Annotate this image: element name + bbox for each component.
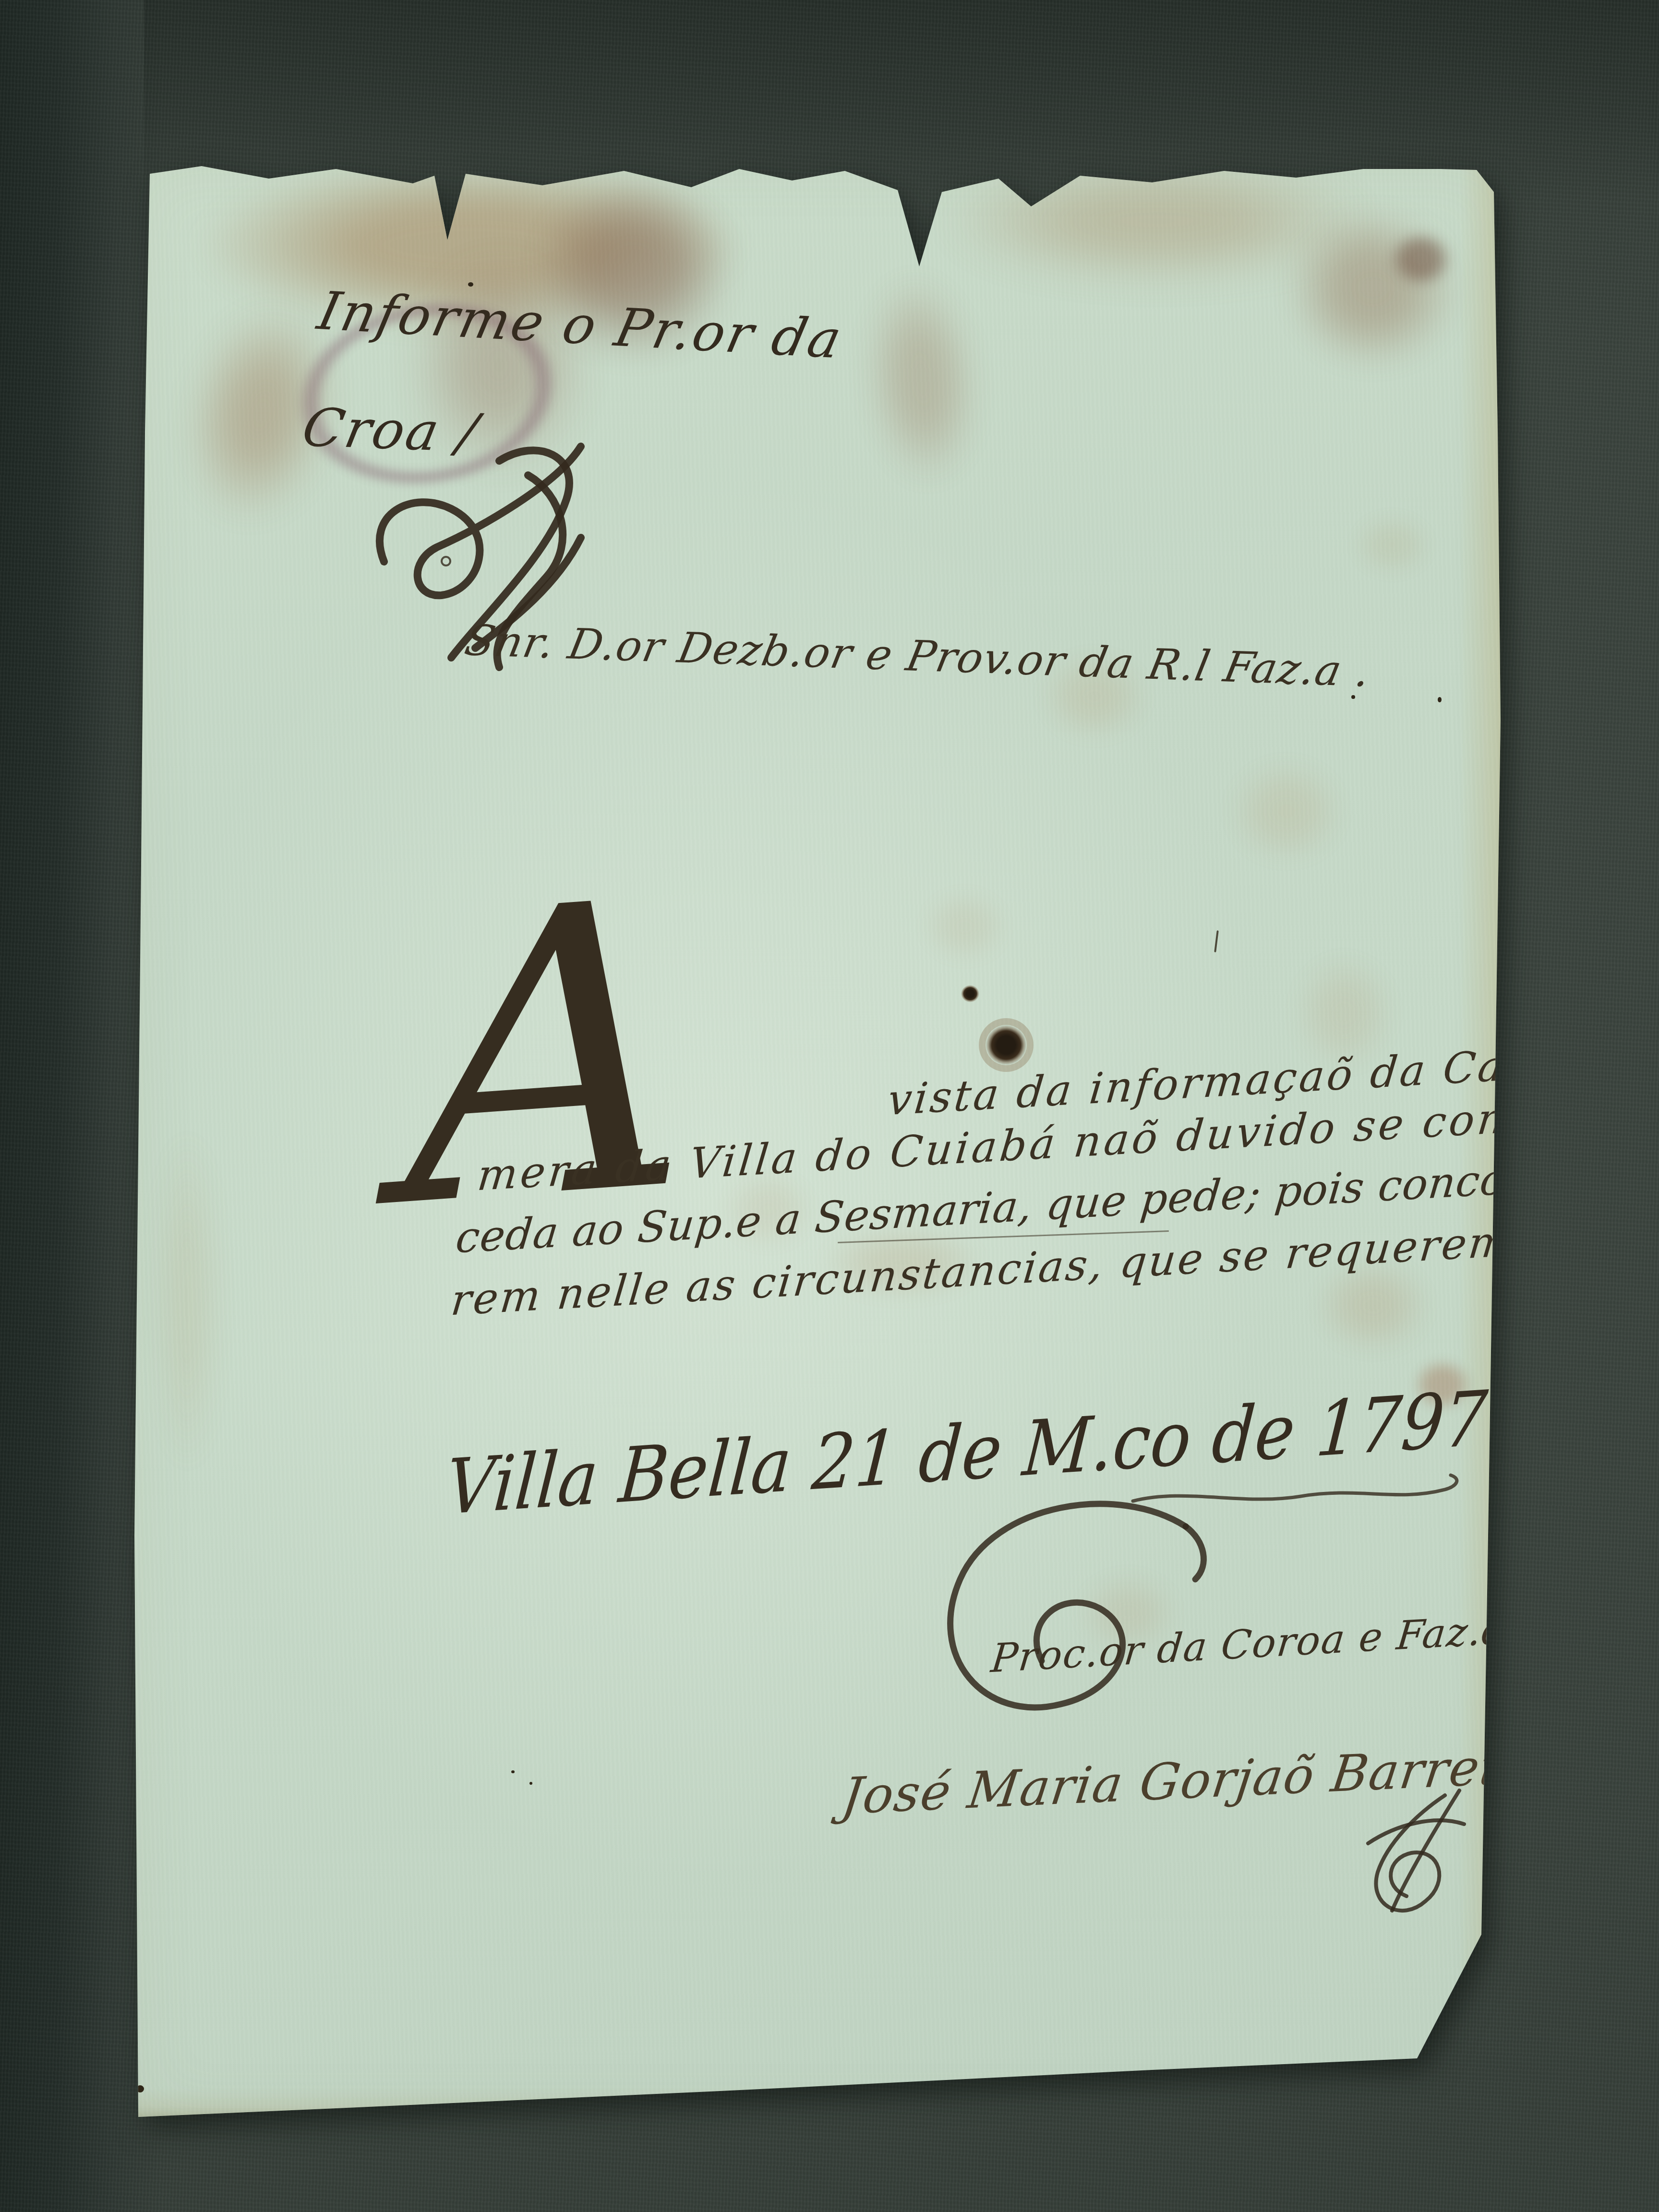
- ink-speck: [511, 1770, 515, 1773]
- foxing-spot: [907, 878, 1022, 974]
- manuscript-page: Informe o Pr.or da Croa / Snr. D.or Dezb…: [130, 158, 1512, 2122]
- photo-of-manuscript: Informe o Pr.or da Croa / Snr. D.or Dezb…: [0, 0, 1659, 2212]
- pen-test-stroke: [1214, 930, 1219, 952]
- manuscript-paper-wrap: Informe o Pr.or da Croa / Snr. D.or Dezb…: [0, 0, 1659, 2212]
- foxing-spot: [1339, 504, 1445, 586]
- ink-blot: [961, 985, 979, 1002]
- ink-speck: [1438, 697, 1442, 702]
- archival-note-line-1: Informe o Pr.or da: [313, 285, 847, 366]
- ink-speck: [136, 2085, 144, 2092]
- water-stain: [854, 134, 1459, 307]
- ink-speck: [529, 1782, 532, 1785]
- water-stain: [1253, 178, 1493, 398]
- small-ring-mark: [441, 556, 451, 566]
- foxing-spot: [1210, 744, 1363, 878]
- ink-speck: [1351, 695, 1355, 699]
- ink-blot: [986, 1025, 1027, 1065]
- water-stain: [830, 228, 1013, 530]
- ink-speck: [468, 282, 473, 287]
- foxing-spot: [144, 1070, 230, 1531]
- water-stain: [1378, 221, 1464, 298]
- signature-rubric-flourish: [1349, 1786, 1474, 1930]
